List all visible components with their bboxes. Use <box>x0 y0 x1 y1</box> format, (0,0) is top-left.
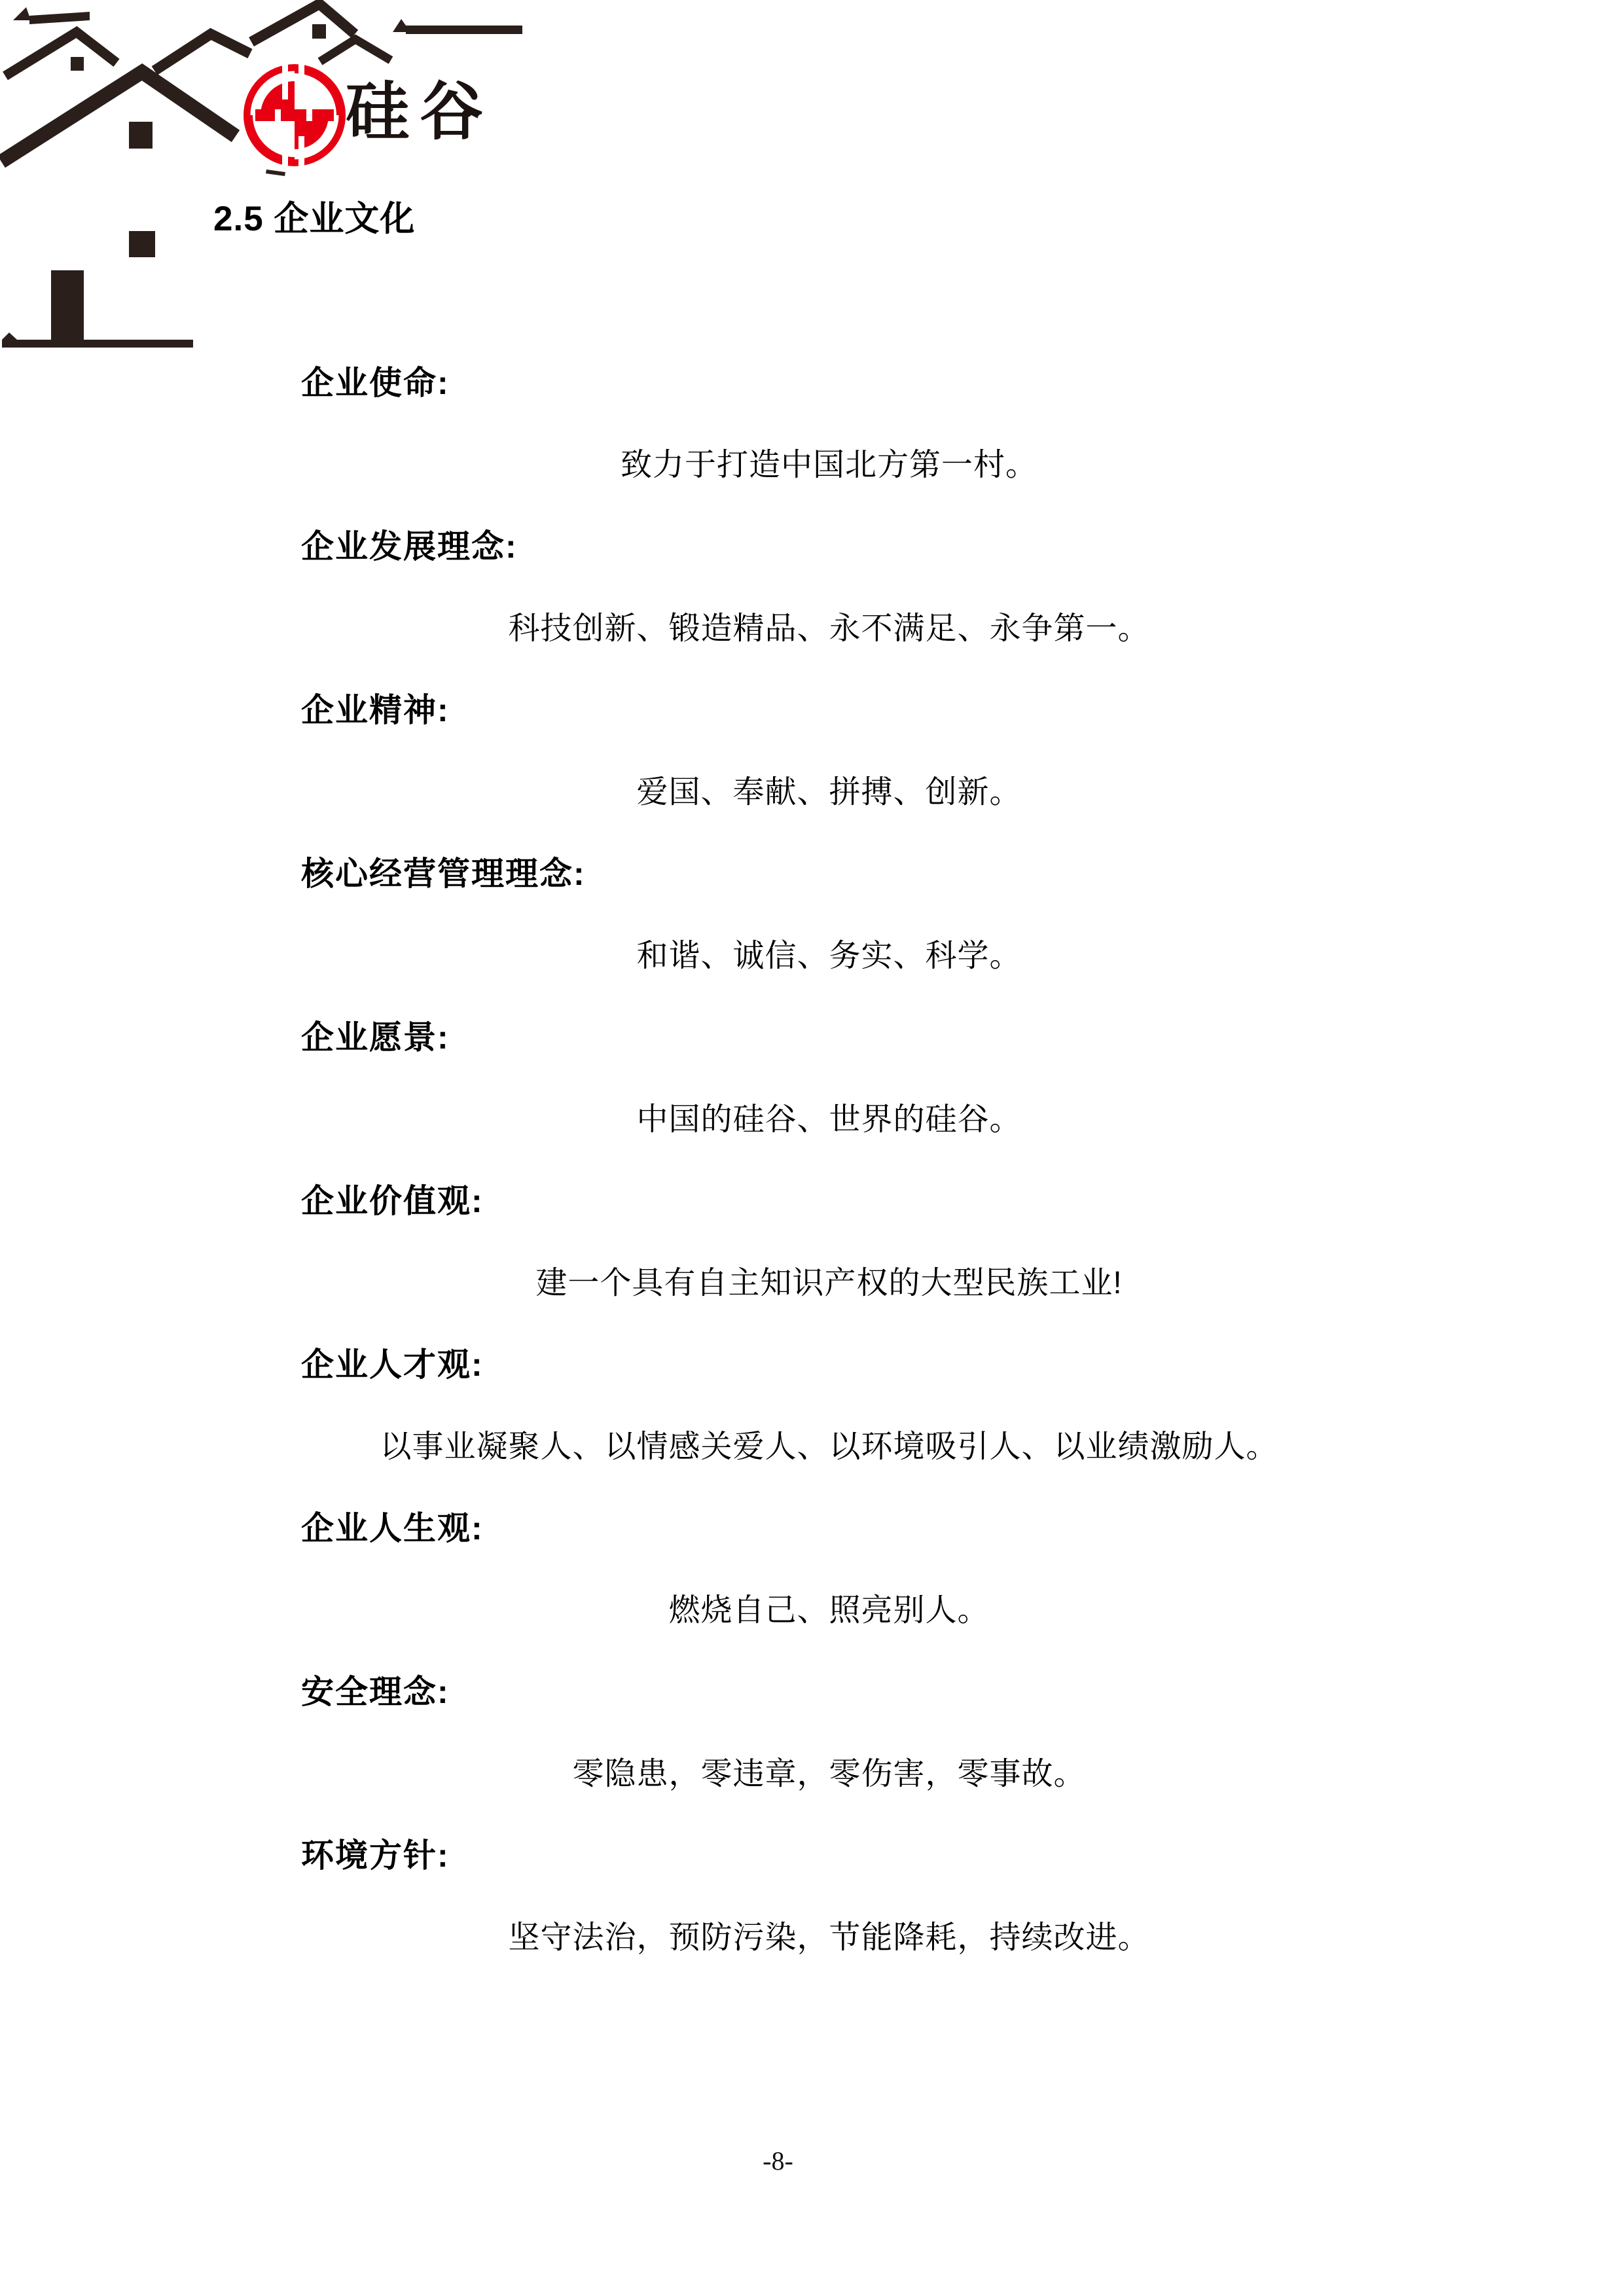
section-label-life: 企业人生观: <box>301 1502 484 1549</box>
page-number: -8- <box>0 2145 1590 2176</box>
section-label-vision: 企业愿景: <box>301 1011 450 1058</box>
section-label-environment: 环境方针: <box>301 1829 450 1876</box>
section-content-values: 建一个具有自主知识产权的大型民族工业! <box>17 1257 1624 1302</box>
village-rooftops-logo-icon <box>0 0 537 367</box>
section-content-life: 燃烧自己、照亮别人。 <box>17 1585 1624 1630</box>
section-content-talent: 以事业凝聚人、以情感关爱人、以环境吸引人、以业绩激励人。 <box>17 1421 1624 1466</box>
document-page: 硅谷 2.5 企业文化 企业使命: 致力于打造中国北方第一村。 企业发展理念: … <box>0 0 1624 2296</box>
page-title: 2.5 企业文化 <box>213 191 415 241</box>
section-content-vision: 中国的硅谷、世界的硅谷。 <box>17 1094 1624 1139</box>
section-label-management: 核心经营管理理念: <box>301 848 586 895</box>
section-label-mission: 企业使命: <box>301 357 450 404</box>
section-content-environment: 坚守法治，预防污染，节能降耗，持续改进。 <box>17 1912 1624 1957</box>
section-content-spirit: 爱国、奉献、拼搏、创新。 <box>17 766 1624 812</box>
section-content-mission: 致力于打造中国北方第一村。 <box>17 439 1624 484</box>
section-label-talent: 企业人才观: <box>301 1338 484 1386</box>
company-logo: 硅谷 <box>0 0 537 367</box>
logo-wordmark: 硅谷 <box>346 80 494 143</box>
section-label-spirit: 企业精神: <box>301 684 450 731</box>
section-content-management: 和谐、诚信、务实、科学。 <box>17 930 1624 975</box>
section-content-development: 科技创新、锻造精品、永不满足、永争第一。 <box>17 603 1624 648</box>
section-content-safety: 零隐患，零违章，零伤害，零事故。 <box>17 1748 1624 1793</box>
section-label-development: 企业发展理念: <box>301 520 518 567</box>
section-label-values: 企业价值观: <box>301 1175 484 1222</box>
red-s-disc-icon <box>248 62 341 171</box>
section-label-safety: 安全理念: <box>301 1666 450 1713</box>
